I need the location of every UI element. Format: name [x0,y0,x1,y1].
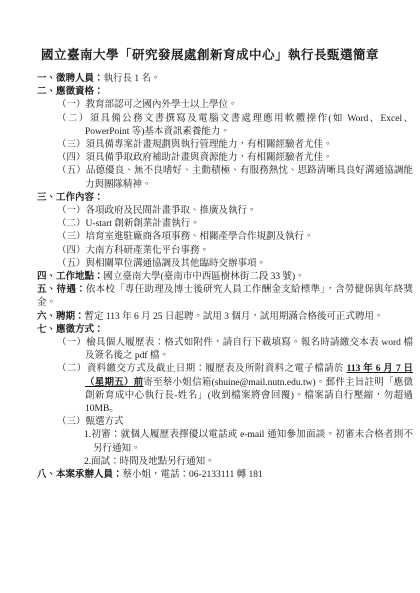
item-marker: （五） [57,259,86,269]
section-recruit-text: 執行長 1 名。 [104,74,161,84]
section-location-marker: 四、 [37,272,56,282]
section-application: 七、應徵方式： [37,324,413,337]
section-location-text: 國立臺南大學(臺南市中西區樹林街二段 33 號)。 [104,272,305,282]
section-qualifications-marker: 二、 [37,87,56,97]
section-recruit-marker: 一、 [37,74,56,84]
document-page: 國立臺南大學「研究發展處創新育成中心」執行長甄選簡章 一、徵聘人員：執行長 1 … [0,0,420,593]
item-marker: （三） [57,232,86,242]
item-text: U-start 創新創業計畫執行。 [86,219,200,229]
section-salary-text: 依本校「專任助理及博士後研究人員工作酬金支給標準」，含勞健保與年終獎金。 [37,285,413,308]
section-term: 六、聘期：暫定 113 年 6 月 25 日起聘。試用 3 個月，試用期滿合格後… [37,311,413,324]
item-text: 檢具個人履歷表：格式如附件，請自行下載填寫。報名時請繳交本表 word 檔及簽名… [85,338,413,361]
qualification-item: （三）須具備專案計畫規劃與執行管理能力，有相關經驗者尤佳。 [37,139,413,152]
item-marker: （一） [57,100,86,110]
item-marker: （二） [57,219,86,229]
item-marker: （二） [57,114,90,124]
step-text: 初審：就個人履歷表擇優以電話或 e-mail 通知參加面談。初審未合格者則不另行… [91,430,413,453]
item-text: 培育室進駐廠商各項事務、相關產學合作規劃及執行。 [86,232,314,242]
duty-item: （二）U-start 創新創業計畫執行。 [37,218,413,231]
section-term-marker: 六、 [37,312,56,322]
section-qualifications-heading: 應徵資格： [56,87,104,97]
section-duties-marker: 三、 [37,193,56,203]
section-location: 四、工作地點：國立臺南大學(臺南市中西區樹林街二段 33 號)。 [37,271,413,284]
document-title: 國立臺南大學「研究發展處創新育成中心」執行長甄選簡章 [0,47,420,64]
item-marker: （三） [57,140,86,150]
qualification-item: （五）品德優良、無不良嗜好、主動積極、有服務熱忱、思路清晰具良好溝通協調能力與團… [37,165,413,191]
item-marker: （三） [57,417,86,427]
item-marker: （一） [57,206,86,216]
duty-item: （四）大南方科研產業化平台事務。 [37,245,413,258]
application-item: （一）檢具個人履歷表：格式如附件，請自行下載填寫。報名時請繳交本表 word 檔… [37,337,413,363]
qualification-item: （一）教育部認可之國內外學士以上學位。 [37,99,413,112]
item-text: 與相關單位溝通協調及其他臨時交辦事項。 [86,259,267,269]
qualification-item: （四）須具備爭取政府補助計畫與資源能力，有相關經驗者尤佳。 [37,152,413,165]
item-marker: （二） [57,364,87,374]
item-text: 各項政府及民間計畫爭取、推廣及執行。 [86,206,257,216]
section-contact-marker: 八、 [37,470,56,480]
section-term-heading: 聘期： [56,312,85,322]
section-recruit: 一、徵聘人員：執行長 1 名。 [37,73,413,86]
selection-step: 2.面試：時間及地點另行通知。 [37,456,413,469]
item-marker: （五） [57,166,86,176]
selection-step: 1.初審：就個人履歷表擇優以電話或 e-mail 通知參加面談。初審未合格者則不… [37,429,413,455]
section-duties: 三、工作內容： [37,192,413,205]
section-application-marker: 七、 [37,325,56,335]
section-recruit-heading: 徵聘人員： [56,74,104,84]
section-contact-heading: 本案承辦人員： [56,470,123,480]
item-marker: （四） [57,246,86,256]
item-text: 須具備專案計畫規劃與執行管理能力，有相關經驗者尤佳。 [86,140,333,150]
item-text-pre: 資料繳交方式及截止日期：履歷表及所附資料之電子檔請於 [87,364,347,374]
section-contact-text: 蔡小姐，電話：06-2133111 轉 181 [123,470,263,480]
duty-item: （五）與相關單位溝通協調及其他臨時交辦事項。 [37,258,413,271]
section-application-heading: 應徵方式： [56,325,104,335]
section-qualifications: 二、應徵資格： [37,86,413,99]
section-salary-marker: 五、 [37,285,57,295]
step-text: 面試：時間及地點另行通知。 [91,457,215,467]
application-item-deadline: （二）資料繳交方式及截止日期：履歷表及所附資料之電子檔請於 113 年 6 月 … [37,363,413,416]
item-text: 品德優良、無不良嗜好、主動積極、有服務熱忱、思路清晰具良好溝通協調能力與團隊精神… [85,166,413,189]
item-text: 須具備公務文書撰寫及電腦文書處理應用軟體操作(如 Word、Excel、Powe… [85,114,413,137]
item-text: 須具備爭取政府補助計畫與資源能力，有相關經驗者尤佳。 [86,153,333,163]
section-salary-heading: 待遇： [57,285,86,295]
item-text: 大南方科研產業化平台事務。 [86,246,210,256]
section-salary: 五、待遇：依本校「專任助理及博士後研究人員工作酬金支給標準」，含勞健保與年終獎金… [37,284,413,310]
section-contact: 八、本案承辦人員：蔡小姐，電話：06-2133111 轉 181 [37,469,413,482]
item-marker: （一） [57,338,86,348]
item-text: 教育部認可之國內外學士以上學位。 [86,100,238,110]
section-term-text: 暫定 113 年 6 月 25 日起聘。試用 3 個月，試用期滿合格後可正式聘用… [85,312,384,322]
item-text: 甄選方式 [86,417,124,427]
qualification-item: （二）須具備公務文書撰寫及電腦文書處理應用軟體操作(如 Word、Excel、P… [37,113,413,139]
duty-item: （三）培育室進駐廠商各項事務、相關產學合作規劃及執行。 [37,231,413,244]
section-location-heading: 工作地點： [56,272,104,282]
item-marker: （四） [57,153,86,163]
document-body: 一、徵聘人員：執行長 1 名。 二、應徵資格： （一）教育部認可之國內外學士以上… [0,73,420,482]
duty-item: （一）各項政府及民間計畫爭取、推廣及執行。 [37,205,413,218]
application-item-selection: （三）甄選方式 [37,416,413,429]
section-duties-heading: 工作內容： [56,193,104,203]
